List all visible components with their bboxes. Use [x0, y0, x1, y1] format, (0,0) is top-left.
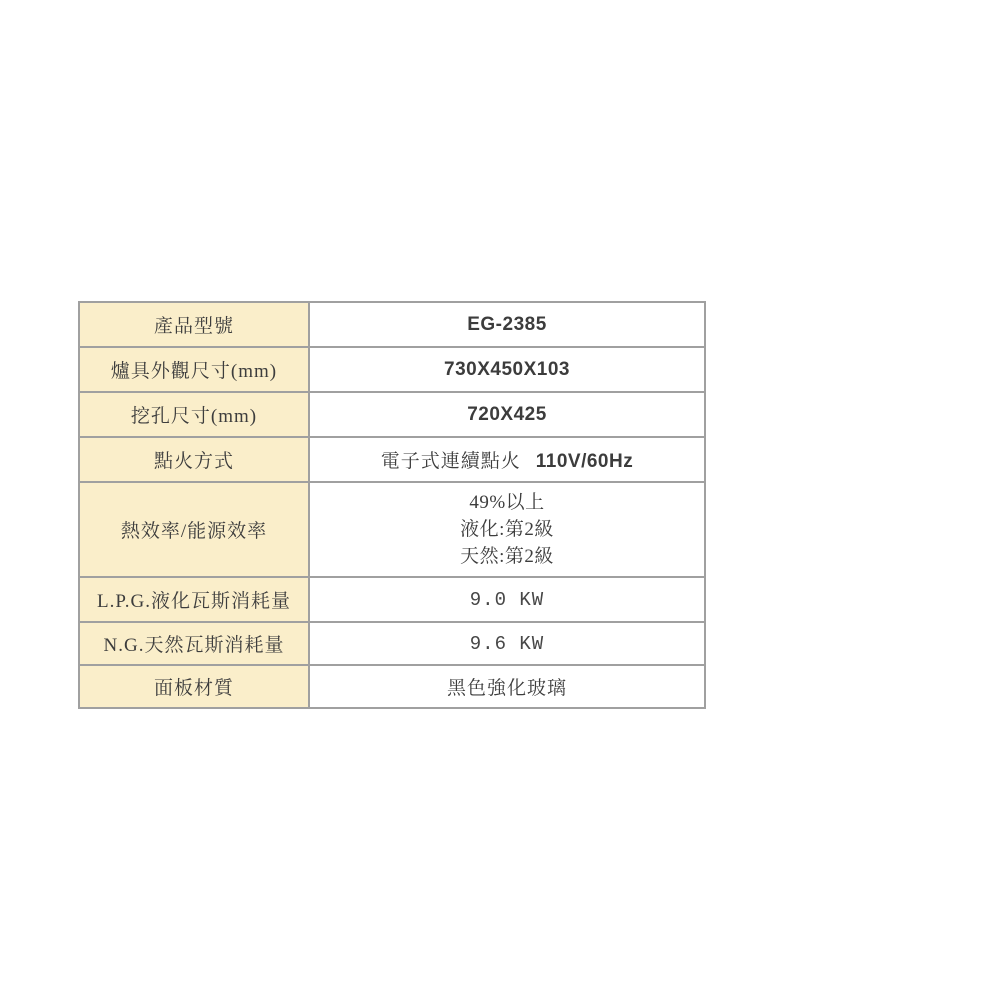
- spec-label-outer-dimensions: 爐具外觀尺寸(mm): [79, 347, 309, 392]
- spec-value-cutout-dimensions: 720X425: [309, 392, 705, 437]
- table-row-outer-dimensions: 爐具外觀尺寸(mm) 730X450X103: [79, 347, 705, 392]
- table-row-lpg-consumption: L.P.G.液化瓦斯消耗量 9.0 KW: [79, 577, 705, 622]
- spec-label-lpg-consumption: L.P.G.液化瓦斯消耗量: [79, 577, 309, 622]
- spec-label-ng-consumption: N.G.天然瓦斯消耗量: [79, 622, 309, 665]
- spec-value-ignition: 電子式連續點火110V/60Hz: [309, 437, 705, 482]
- spec-label-ignition: 點火方式: [79, 437, 309, 482]
- spec-label-efficiency: 熱效率/能源效率: [79, 482, 309, 577]
- table-row-efficiency: 熱效率/能源效率 49%以上 液化:第2級 天然:第2級: [79, 482, 705, 577]
- page: 產品型號 EG-2385 爐具外觀尺寸(mm) 730X450X103 挖孔尺寸…: [0, 0, 1000, 1000]
- spec-value-lpg-consumption: 9.0 KW: [309, 577, 705, 622]
- table-row-ignition: 點火方式 電子式連續點火110V/60Hz: [79, 437, 705, 482]
- spec-value-model: EG-2385: [309, 302, 705, 347]
- spec-value-efficiency: 49%以上 液化:第2級 天然:第2級: [309, 482, 705, 577]
- table-row-model: 產品型號 EG-2385: [79, 302, 705, 347]
- spec-label-model: 產品型號: [79, 302, 309, 347]
- efficiency-line-2: 液化:第2級: [310, 516, 704, 543]
- spec-value-ng-consumption: 9.6 KW: [309, 622, 705, 665]
- ignition-voltage-text: 110V/60Hz: [536, 451, 633, 472]
- ignition-type-text: 電子式連續點火: [381, 451, 521, 472]
- table-row-panel-material: 面板材質 黑色強化玻璃: [79, 665, 705, 708]
- spec-value-outer-dimensions: 730X450X103: [309, 347, 705, 392]
- table-row-ng-consumption: N.G.天然瓦斯消耗量 9.6 KW: [79, 622, 705, 665]
- efficiency-line-1: 49%以上: [310, 489, 704, 516]
- spec-label-cutout-dimensions: 挖孔尺寸(mm): [79, 392, 309, 437]
- spec-label-panel-material: 面板材質: [79, 665, 309, 708]
- product-spec-table: 產品型號 EG-2385 爐具外觀尺寸(mm) 730X450X103 挖孔尺寸…: [78, 301, 706, 709]
- spec-value-panel-material: 黑色強化玻璃: [309, 665, 705, 708]
- efficiency-line-3: 天然:第2級: [310, 543, 704, 570]
- table-row-cutout-dimensions: 挖孔尺寸(mm) 720X425: [79, 392, 705, 437]
